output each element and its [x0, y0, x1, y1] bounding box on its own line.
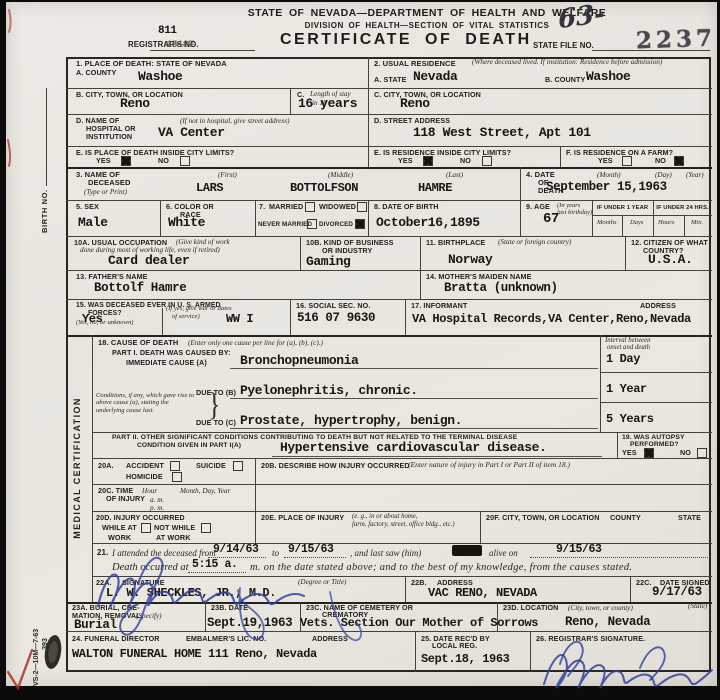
field-9-under24-label: IF UNDER 24 HRS.	[653, 205, 712, 212]
field-7-never-married-checkbox	[307, 219, 317, 229]
write-line	[230, 428, 598, 429]
grid-line	[617, 432, 618, 458]
field-19-no-label: NO	[680, 449, 691, 457]
field-23d-state-note: (State)	[688, 602, 707, 610]
field-20d-label: 20D. INJURY OCCURRED	[96, 514, 185, 522]
field-2-title: 2. USUAL RESIDENCE	[374, 60, 456, 69]
field-18-cause-c-value: Prostate, hypertrophy, benign.	[240, 414, 462, 427]
field-2c-city-value: Reno	[400, 97, 430, 110]
field-2f-no-label: NO	[655, 157, 666, 165]
field-15-armed-forces-value: Yes	[82, 313, 102, 325]
field-9-age-note2: last birthday)	[557, 209, 592, 216]
registrar-no-typed: 811	[158, 26, 177, 37]
field-20d-while-checkbox	[141, 523, 151, 533]
grid-line	[92, 335, 93, 602]
field-1e-no-checkbox	[180, 156, 190, 166]
crossed-out-her-text: (her)	[452, 552, 466, 560]
grid-line	[622, 215, 623, 236]
field-1e-yes-checkbox	[121, 156, 131, 166]
field-3-first-label: (First)	[218, 171, 237, 179]
field-17-address-label: ADDRESS	[640, 302, 676, 310]
grid-line	[600, 372, 712, 373]
field-18-cause-b-value: Pyelonephritis, chronic.	[240, 384, 418, 397]
field-7-never-married-label: NEVER MARRIED	[258, 221, 312, 228]
birth-no-line	[46, 88, 47, 186]
field-20a-accident-label: ACCIDENT	[126, 462, 164, 470]
field-26-registrar-signature-label: 26. REGISTRAR'S SIGNATURE.	[536, 635, 645, 643]
field-23b-date-value: Sept.19,1963	[207, 617, 292, 630]
grid-line	[630, 576, 631, 602]
grid-line	[66, 299, 712, 300]
field-1d-hospital-note: (If not in hospital, give street address…	[180, 117, 289, 125]
field-21-to-value: 9/15/63	[288, 544, 334, 556]
field-18-part2-label2: CONDITION GIVEN IN PART I(A)	[137, 442, 241, 450]
grid-line	[290, 88, 291, 114]
field-15-war-value: WW I	[226, 313, 253, 325]
state-file-stamped-number: 2237	[636, 25, 717, 55]
field-20d-not-while-label: NOT WHILE	[154, 524, 195, 532]
grid-line	[162, 308, 163, 335]
grid-line	[415, 631, 416, 672]
field-7-widowed-label: WIDOWED	[319, 203, 356, 211]
medical-certification-margin-label: MEDICAL CERTIFICATION	[72, 339, 82, 597]
field-21-text3: alive on	[489, 548, 518, 558]
field-22b-address-value: VAC RENO, NEVADA	[428, 587, 537, 599]
field-7-divorced-label: DIVORCED	[319, 221, 353, 228]
field-20a-homicide-label: HOMICIDE	[126, 473, 163, 481]
grid-line	[92, 458, 712, 459]
crossed-out-her: (her)	[452, 545, 482, 556]
grid-line	[368, 200, 369, 236]
field-20c-hour-label: Hour	[142, 487, 157, 495]
field-17-informant-label: 17. INFORMANT	[411, 302, 467, 310]
field-2f-yes-label: YES	[598, 157, 613, 165]
death-certificate-scan: STATE OF NEVADA—DEPARTMENT OF HEALTH AND…	[0, 0, 720, 700]
field-7-widowed-checkbox	[357, 202, 367, 212]
field-11-birthplace-label: 11. BIRTHPLACE	[426, 239, 485, 247]
certificate-title: CERTIFICATE OF DEATH	[280, 31, 532, 49]
write-line	[230, 398, 598, 399]
field-8-dob-label: 8. DATE OF BIRTH	[374, 203, 439, 211]
grid-line	[92, 511, 712, 512]
field-11-note: (State or foreign country)	[498, 238, 571, 246]
field-20c-am-label: a. m.	[150, 496, 164, 504]
field-2a-state-label: A. STATE	[374, 76, 406, 84]
grid-line	[300, 236, 301, 270]
field-11-birthplace-value: Norway	[448, 253, 492, 266]
field-20b-label: 20B. DESCRIBE HOW INJURY OCCURRED	[261, 462, 410, 470]
form-code-line2: 393	[41, 602, 50, 686]
grid-line	[560, 146, 561, 167]
field-1b-city-value: Reno	[120, 97, 150, 110]
grid-line	[255, 200, 256, 236]
field-1e-no-label: NO	[158, 157, 169, 165]
grid-line	[520, 167, 521, 236]
field-4-month-label: (Month)	[597, 171, 621, 179]
field-17-informant-value: VA Hospital Records,VA Center,Reno,Nevad…	[412, 313, 691, 325]
field-10a-note1: (Give kind of work	[176, 238, 230, 246]
field-4-day-label: (Day)	[655, 171, 672, 179]
field-4-date-of-death-value: September 15,1963	[546, 181, 667, 194]
field-8-dob-value: October16,1895	[376, 216, 480, 229]
field-1d-hospital-label3: INSTITUTION	[86, 133, 132, 141]
field-21-from-value: 9/14/63	[213, 544, 259, 556]
grid-line	[66, 200, 712, 201]
grid-line	[600, 335, 601, 432]
grid-line	[368, 57, 369, 167]
field-21-text2: , and last saw (him)	[350, 548, 421, 558]
field-19-label2: PERFORMED?	[630, 441, 679, 449]
field-20a-num: 20A.	[98, 462, 114, 470]
field-21-time-value: 5:15 a.	[192, 559, 238, 571]
field-18-interval-a-value: 1 Day	[606, 353, 640, 365]
grid-line	[592, 215, 712, 216]
registrar-underline	[150, 50, 255, 51]
grid-line	[92, 432, 712, 433]
field-18-part1-label: PART I. DEATH WAS CAUSED BY:	[112, 349, 231, 357]
field-3-label2: DECEASED	[88, 179, 130, 188]
grid-line	[66, 631, 712, 632]
field-18-interval-c-value: 5 Years	[606, 413, 654, 425]
field-19-yes-label: YES	[622, 449, 637, 457]
grid-line	[480, 511, 481, 543]
field-20d-at-work-label: AT WORK	[156, 534, 191, 542]
grid-line	[405, 299, 406, 335]
field-21-num: 21.	[97, 548, 108, 557]
field-20f-county-label: COUNTY	[610, 514, 641, 522]
field-2d-street-value: 118 West Street, Apt 101	[413, 126, 591, 139]
field-7-married-label: MARRIED	[269, 203, 303, 211]
field-22a-note: (Degree or Title)	[298, 578, 346, 586]
field-12-citizen-value: U.S.A.	[648, 253, 692, 266]
field-20e-note2: farm, factory, street, office bldg., etc…	[352, 521, 455, 529]
field-21-last-seen-value: 9/15/63	[556, 544, 602, 556]
grid-line	[92, 576, 712, 577]
grid-line	[625, 236, 626, 270]
grid-line	[255, 458, 256, 543]
field-2e-yes-checkbox	[423, 156, 433, 166]
field-18-due-c-label: DUE TO (C)	[196, 419, 236, 427]
field-20e-note1: (e. g., in or about home,	[352, 513, 418, 521]
field-25-label2: LOCAL REG.	[432, 642, 477, 650]
field-23a-note: (Specify)	[136, 612, 162, 620]
field-22b-num: 22B.	[411, 579, 427, 587]
field-16-ssn-value: 516 07 9630	[297, 312, 375, 325]
grid-line	[66, 167, 712, 169]
field-24-address-label: ADDRESS	[312, 635, 348, 643]
field-9-hours-label: Hours	[658, 219, 674, 226]
field-18-cause-label: 18. CAUSE OF DEATH	[98, 339, 178, 348]
grid-line	[92, 543, 712, 544]
field-5-sex-label: 5. SEX	[76, 203, 99, 211]
field-3-note: (Type or Print)	[84, 188, 127, 196]
field-2e-no-label: NO	[460, 157, 471, 165]
field-3-last-value: HAMRE	[418, 182, 452, 194]
field-1a-county-label: A. COUNTY	[76, 69, 116, 77]
field-23d-location-label: 23D. LOCATION	[503, 604, 558, 612]
grid-line	[66, 236, 712, 237]
field-2-note: (Where deceased lived. If institution: R…	[472, 58, 697, 66]
field-9-months-label: Months	[597, 219, 617, 226]
field-24-funeral-home-value: WALTON FUNERAL HOME 111 Reno, Nevada	[72, 648, 317, 660]
field-20a-suicide-checkbox	[233, 461, 243, 471]
field-9-under1-label: IF UNDER 1 YEAR	[592, 205, 653, 212]
field-18-interval-label2: onset and death	[607, 344, 650, 352]
dotted-line	[188, 571, 246, 573]
field-10b-business-value: Gaming	[306, 255, 350, 268]
field-20a-suicide-label: SUICIDE	[196, 462, 226, 470]
state-file-no-label: STATE FILE NO.	[533, 42, 594, 51]
field-18-conditions-note: Conditions, if any, which gave rise to a…	[96, 392, 198, 414]
field-22c-date-signed-value: 9/17/63	[652, 586, 702, 599]
grid-line	[160, 200, 161, 236]
grid-line	[420, 270, 421, 299]
field-24-funeral-director-label: 24. FUNERAL DIRECTOR	[72, 635, 160, 643]
field-15-note2b: of service)	[172, 313, 200, 320]
grid-line	[290, 299, 291, 335]
field-20f-label: 20F. CITY, TOWN, OR LOCATION	[486, 514, 600, 522]
field-1e-yes-label: YES	[96, 157, 111, 165]
field-3-first-value: LARS	[196, 182, 223, 194]
field-25-date-received-value: Sept.18, 1963	[421, 653, 509, 665]
form-code-line1: VS-2—10M—7-63	[32, 602, 41, 686]
field-23d-note: (City, town, or county)	[568, 604, 633, 612]
grid-line	[530, 631, 531, 672]
grid-line	[205, 602, 206, 631]
grid-line	[66, 270, 712, 271]
field-7-married-checkbox	[305, 202, 315, 212]
field-13-father-value: Bottolf Hamre	[94, 282, 186, 295]
field-3-last-label: (Last)	[446, 171, 463, 179]
field-10a-occupation-value: Card dealer	[108, 254, 189, 267]
field-23c-cemetery-value: Vets. Section Our Mother of Sorrows	[300, 617, 538, 629]
field-2e-no-checkbox	[482, 156, 492, 166]
field-1a-county-value: Washoe	[138, 70, 182, 83]
field-20d-not-while-checkbox	[201, 523, 211, 533]
field-20f-state-label: STATE	[678, 514, 701, 522]
field-9-days-label: Days	[630, 219, 643, 226]
field-24-embalmer-lic-label: EMBALMER'S LIC. NO.	[186, 635, 266, 643]
field-4-year-label: (Year)	[686, 171, 704, 179]
field-19-no-checkbox	[697, 448, 707, 458]
write-line	[230, 368, 598, 369]
field-2b-county-label: B. COUNTY	[545, 76, 585, 84]
field-22a-signature-typed: L. W. SHECKLES, JR., M.D.	[106, 587, 276, 599]
field-21-to-word: to	[272, 548, 279, 558]
field-1d-hospital-value: VA Center	[158, 126, 225, 139]
form-code-margin: VS-2—10M—7-63 393	[32, 602, 51, 686]
field-3-middle-label: (Middle)	[328, 171, 353, 179]
field-23d-location-value: Reno, Nevada	[565, 616, 650, 629]
write-line	[272, 456, 602, 457]
field-5-sex-value: Male	[78, 216, 108, 229]
field-19-yes-checkbox	[644, 448, 654, 458]
field-20c-pm-label: p. m.	[150, 504, 164, 512]
grid-line	[684, 215, 685, 236]
field-3-middle-value: BOTTOLFSON	[290, 182, 358, 194]
field-1c-stay-value: 16 years	[298, 97, 357, 110]
field-6-race-value: White	[168, 216, 205, 229]
field-14-mother-value: Bratta (unknown)	[444, 282, 558, 295]
field-23a-burial-value: Burial	[74, 619, 117, 632]
grid-line	[66, 146, 712, 147]
field-20c-label2: OF INJURY	[106, 495, 145, 503]
field-21-text5: m. on the date stated above; and to the …	[250, 562, 632, 574]
field-2f-no-checkbox	[674, 156, 684, 166]
field-23b-date-label: 23B. DATE	[211, 604, 248, 612]
field-18-immediate-label: IMMEDIATE CAUSE (A)	[126, 359, 207, 367]
dotted-line	[284, 556, 346, 558]
field-9-age-value: 67	[543, 212, 559, 226]
birth-no-text: BIRTH NO.	[40, 189, 49, 233]
field-18-note: (Enter only one cause per line for (a), …	[188, 339, 323, 347]
grid-line	[600, 402, 712, 403]
field-20d-while-at-label: WHILE AT	[102, 524, 137, 532]
field-9-min-label: Min.	[691, 219, 703, 226]
grid-line	[405, 576, 406, 602]
field-7-divorced-checkbox	[355, 219, 365, 229]
field-16-ssn-label: 16. SOCIAL SEC. NO.	[296, 302, 370, 310]
field-20d-work-label: WORK	[108, 534, 131, 542]
field-22c-num: 22C.	[636, 579, 652, 587]
field-2f-yes-checkbox	[622, 156, 632, 166]
field-21-text4: Death occurred at	[112, 562, 189, 574]
field-20e-label: 20E. PLACE OF INJURY	[261, 514, 344, 522]
field-20c-mdy-label: Month, Day, Year	[180, 487, 230, 495]
field-2b-county-value: Washoe	[586, 70, 630, 83]
field-20a-accident-checkbox	[170, 461, 180, 471]
field-15-note2a: (If yes, give war or dates	[166, 305, 232, 312]
birth-no-margin-label: BIRTH NO.	[40, 57, 49, 233]
field-21-text1: I attended the deceased from	[112, 548, 216, 558]
dotted-line	[530, 556, 710, 558]
grid-line	[66, 114, 712, 115]
field-18-cause-a-value: Bronchopneumonia	[240, 354, 358, 367]
field-2a-state-value: Nevada	[413, 70, 457, 83]
field-18-interval-b-value: 1 Year	[606, 383, 647, 395]
field-20a-homicide-checkbox	[172, 472, 182, 482]
field-18-part2-value: Hypertensive cardiovascular disease.	[280, 441, 546, 454]
field-2e-yes-label: YES	[398, 157, 413, 165]
grid-line	[92, 484, 712, 485]
field-7-num: 7.	[259, 203, 265, 211]
grid-line	[66, 88, 712, 89]
field-20b-note: (Enter nature of injury in Part I or Par…	[408, 461, 570, 469]
grid-line	[420, 236, 421, 270]
